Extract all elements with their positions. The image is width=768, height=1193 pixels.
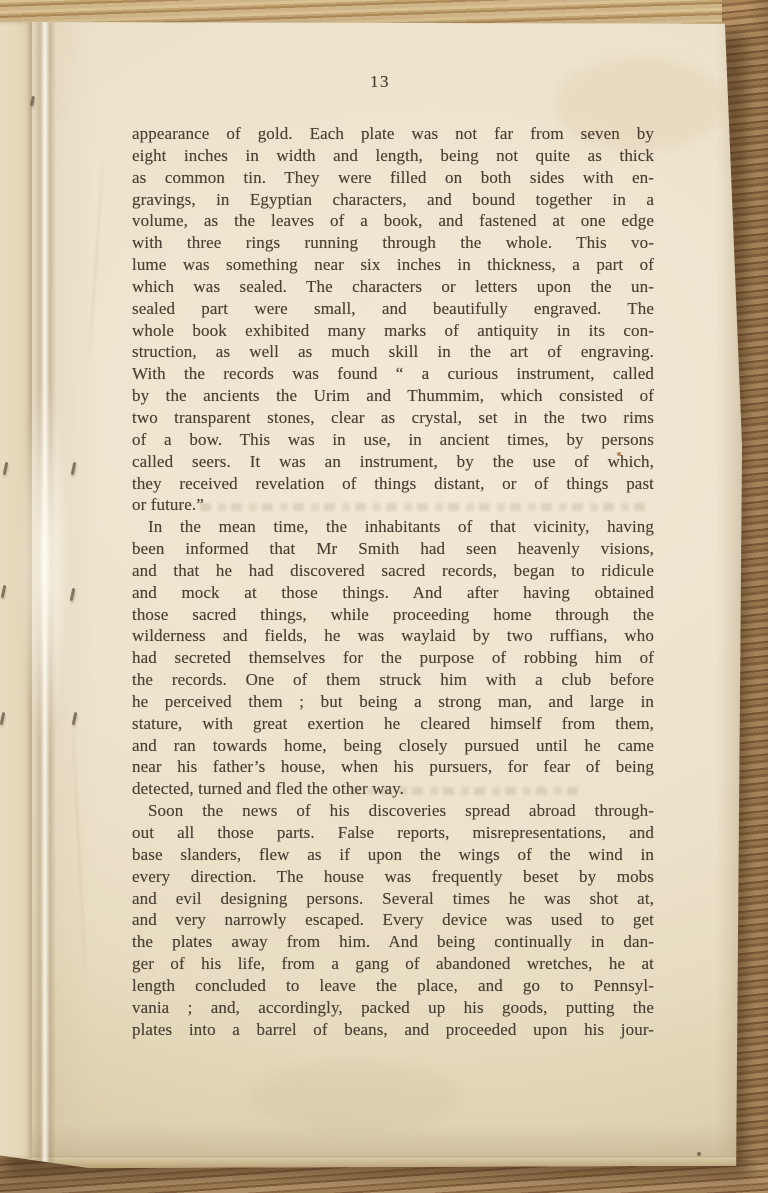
text-line: which was sealed. The characters or lett… (132, 276, 654, 298)
text-line: In the mean time, the inhabitants of tha… (132, 516, 654, 538)
paper-speck (697, 1152, 701, 1156)
paper-wrinkle (88, 162, 104, 362)
stitch-mark (71, 462, 77, 475)
text-line: called seers. It was an instrument, by t… (132, 451, 654, 473)
text-line: and very narrowly escaped. Every device … (132, 909, 654, 931)
text-line: struction, as well as much skill in the … (132, 341, 654, 363)
text-line: and mock at those things. And after havi… (132, 582, 654, 604)
text-line: the records. One of them struck him with… (132, 669, 654, 691)
text-line: vania ; and, accordingly, packed up his … (132, 997, 654, 1019)
text-line: with three rings running through the who… (132, 232, 654, 254)
text-line: those sacred things, while proceeding ho… (132, 604, 654, 626)
binding-crease-highlight (20, 377, 70, 747)
paper-wrinkle (71, 722, 87, 982)
text-line: every direction. The house was frequentl… (132, 866, 654, 888)
text-line: been informed that Mr Smith had seen hea… (132, 538, 654, 560)
text-line: lume was something near six inches in th… (132, 254, 654, 276)
text-line: base slanders, flew as if upon the wings… (132, 844, 654, 866)
text-line: wilderness and fields, he was waylaid by… (132, 625, 654, 647)
text-line: he perceived them ; but being a strong m… (132, 691, 654, 713)
text-line: plates into a barrel of beans, and proce… (132, 1019, 654, 1041)
text-line: gravings, in Egyptian characters, and bo… (132, 189, 654, 211)
text-line: and evil designing persons. Several time… (132, 888, 654, 910)
text-line: appearance of gold. Each plate was not f… (132, 123, 654, 145)
text-line: sealed part were small, and beautifully … (132, 298, 654, 320)
text-line: had secreted themselves for the purpose … (132, 647, 654, 669)
text-line: as common tin. They were filled on both … (132, 167, 654, 189)
text-line: With the records was found “ a curious i… (132, 363, 654, 385)
foxing-stain (250, 1062, 460, 1132)
text-line: they received revelation of things dista… (132, 473, 654, 495)
text-line: near his father’s house, when his pursue… (132, 756, 654, 778)
page-text: appearance of gold. Each plate was not f… (132, 123, 654, 1040)
text-line: eight inches in width and length, being … (132, 145, 654, 167)
text-line: by the ancients the Urim and Thummim, wh… (132, 385, 654, 407)
text-line: and ran towards home, being closely purs… (132, 735, 654, 757)
text-line: Soon the news of his discoveries spread … (132, 800, 654, 822)
text-line: the plates away from him. And being cont… (132, 931, 654, 953)
page-number: 13 (119, 72, 641, 92)
text-line: of a bow. This was in use, in ancient ti… (132, 429, 654, 451)
stitch-mark (72, 712, 78, 725)
photo-of-book-page: 13 appearance of gold. Each plate was no… (0, 0, 768, 1193)
text-line: stature, with great exertion he cleared … (132, 713, 654, 735)
text-line: whole book exhibited many marks of antiq… (132, 320, 654, 342)
book-page: 13 appearance of gold. Each plate was no… (0, 22, 742, 1168)
text-line: or future.” (132, 494, 654, 516)
text-line: volume, as the leaves of a book, and fas… (132, 210, 654, 232)
text-line: detected, turned and fled the other way. (132, 778, 654, 800)
text-line: out all those parts. False reports, misr… (132, 822, 654, 844)
text-line: ger of his life, from a gang of abandone… (132, 953, 654, 975)
stitch-mark (70, 588, 76, 601)
text-line: length concluded to leave the place, and… (132, 975, 654, 997)
text-line: two transparent stones, clear as crystal… (132, 407, 654, 429)
text-line: and that he had discovered sacred record… (132, 560, 654, 582)
